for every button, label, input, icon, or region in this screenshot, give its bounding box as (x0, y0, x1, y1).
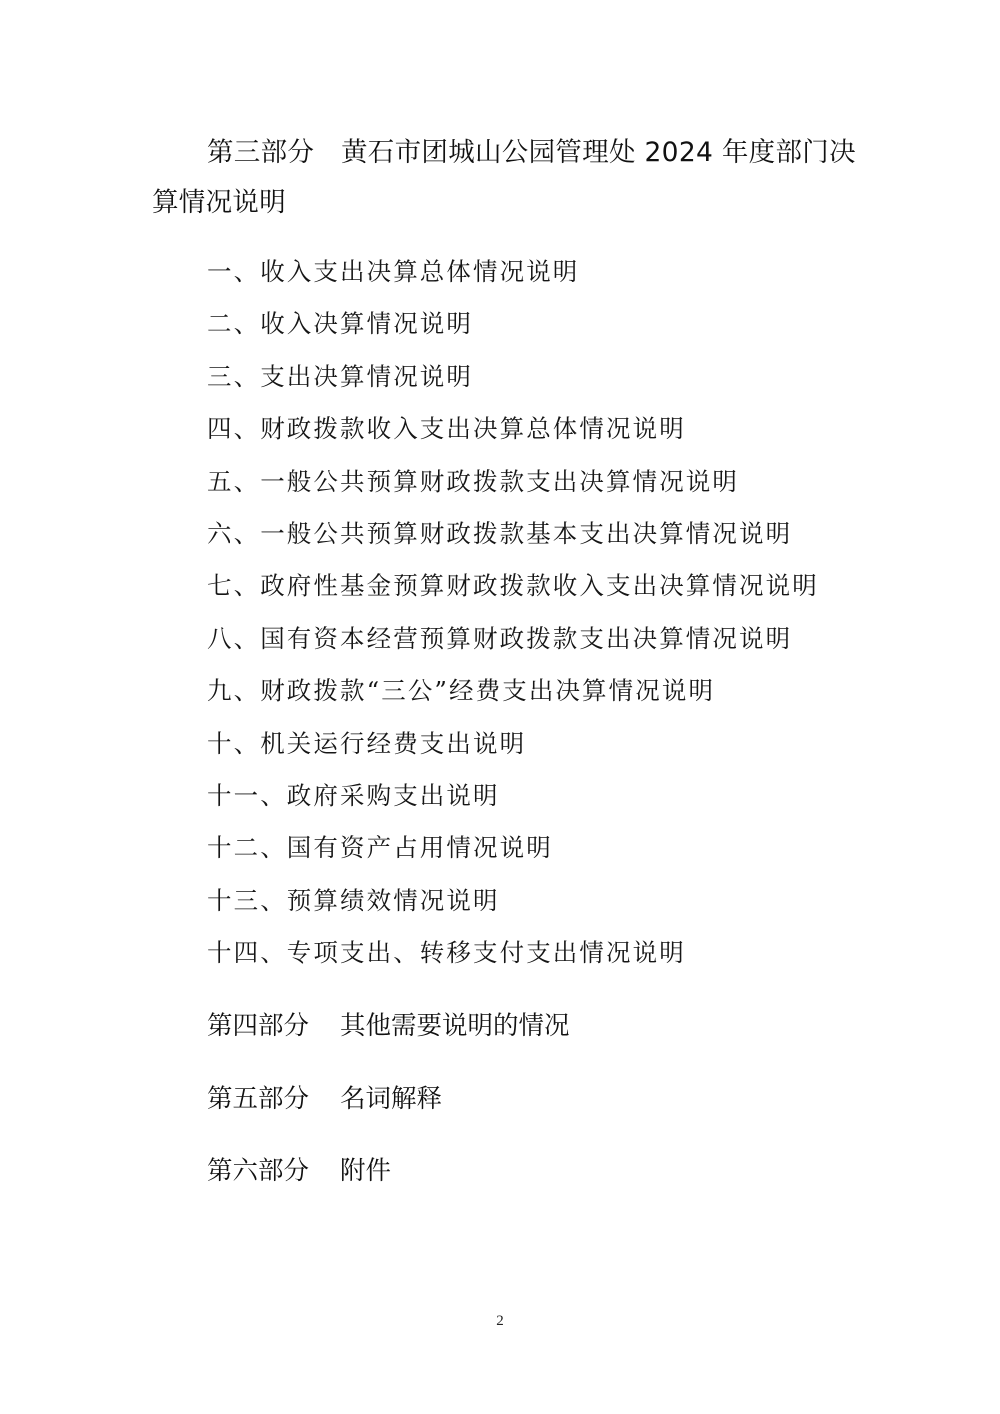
part-label: 第四部分 (207, 1007, 340, 1045)
page-number: 2 (0, 1313, 1000, 1330)
toc-item-3: 三、支出决算情况说明 (207, 359, 819, 411)
toc-item-5: 五、一般公共预算财政拨款支出决算情况说明 (207, 464, 819, 516)
part-label: 第五部分 (207, 1080, 340, 1118)
toc-item-12: 十二、国有资产占用情况说明 (207, 830, 819, 882)
part-six: 第六部分附件 (207, 1152, 570, 1225)
part-four: 第四部分其他需要说明的情况 (207, 1007, 570, 1080)
toc-item-13: 十三、预算绩效情况说明 (207, 883, 819, 935)
toc-item-2: 二、收入决算情况说明 (207, 306, 819, 358)
section-title: 第三部分 黄石市团城山公园管理处 2024 年度部门决算情况说明 (152, 128, 862, 228)
toc-item-14: 十四、专项支出、转移支付支出情况说明 (207, 935, 819, 987)
toc-list: 一、收入支出决算总体情况说明 二、收入决算情况说明 三、支出决算情况说明 四、财… (207, 254, 819, 987)
toc-item-11: 十一、政府采购支出说明 (207, 778, 819, 830)
toc-item-10: 十、机关运行经费支出说明 (207, 726, 819, 778)
part-five: 第五部分名词解释 (207, 1080, 570, 1153)
part-sections: 第四部分其他需要说明的情况 第五部分名词解释 第六部分附件 (207, 1007, 570, 1225)
part-name: 名词解释 (340, 1084, 442, 1114)
part-label: 第六部分 (207, 1152, 340, 1190)
toc-item-8: 八、国有资本经营预算财政拨款支出决算情况说明 (207, 621, 819, 673)
document-page: 第三部分 黄石市团城山公园管理处 2024 年度部门决算情况说明 一、收入支出决… (0, 0, 1000, 1414)
toc-item-9: 九、财政拨款“三公”经费支出决算情况说明 (207, 673, 819, 725)
toc-item-7: 七、政府性基金预算财政拨款收入支出决算情况说明 (207, 568, 819, 620)
toc-item-6: 六、一般公共预算财政拨款基本支出决算情况说明 (207, 516, 819, 568)
part-name: 其他需要说明的情况 (340, 1011, 570, 1041)
toc-item-1: 一、收入支出决算总体情况说明 (207, 254, 819, 306)
toc-item-4: 四、财政拨款收入支出决算总体情况说明 (207, 411, 819, 463)
part-name: 附件 (340, 1156, 391, 1186)
